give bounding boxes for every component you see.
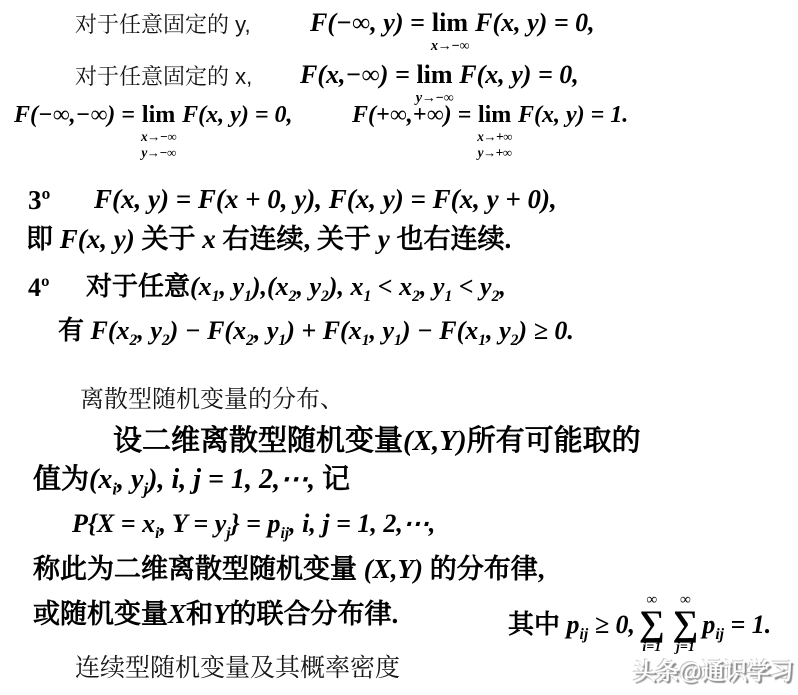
property4-marker: 4º: [28, 272, 50, 303]
intro-text: 设二维离散型随机变量(X,Y)所有可能取的: [113, 425, 641, 457]
formula-right: F(x, y) = 0,: [475, 8, 595, 37]
formula-text: F(x, y) = F(x + 0, y), F(x, y) = F(x, y …: [94, 184, 557, 214]
limit-operator: limx→+∞y→+∞: [477, 103, 512, 159]
math-notes-page: 对于任意固定的 y, F(−∞, y) =limx→−∞F(x, y) = 0,…: [0, 0, 798, 695]
lim-subscript-x: x→+∞: [477, 130, 512, 143]
intro-text: 值为(xi, yj), i, j = 1, 2,⋯, 记: [33, 464, 350, 495]
continuous-heading: 连续型随机变量及其概率密度: [75, 653, 400, 683]
note-text: 即 F(x, y) 关于 x 右连续, 关于 y 也右连续.: [26, 224, 511, 254]
limit-operator: limx→−∞y→−∞: [141, 103, 176, 159]
distribution-name-line1: 称此为二维离散型随机变量 (X,Y) 的分布律,: [33, 553, 544, 585]
watermark-text: 头条@通识学习: [633, 658, 793, 684]
heading-text: 离散型随机变量的分布、: [80, 386, 344, 413]
property4-inequality: 有 F(x2, y2) − F(x2, y1) + F(x1, y1) − F(…: [58, 315, 574, 346]
sum-over-i: ∞∑i=1: [639, 593, 665, 655]
formula-right: F(x, y) = 0,: [182, 102, 292, 128]
formula-left: F(x,−∞) =: [300, 60, 410, 89]
property3-note: 即 F(x, y) 关于 x 右连续, 关于 y 也右连续.: [26, 223, 511, 255]
property4-intro: 对于任意(x1, y1),(x2, y2), x1 < x2, y1 < y2,: [86, 271, 506, 302]
sum-tail-text: pij = 1.: [702, 610, 771, 639]
sum-lower-bound: i=1: [642, 641, 661, 655]
name-text: 或随机变量X和Y的联合分布律.: [33, 599, 398, 629]
formula-left: F(−∞, y) =: [310, 8, 425, 37]
lim-word: lim: [416, 62, 452, 88]
formula-left: F(+∞,+∞) =: [352, 102, 471, 128]
condition-text: 其中 pij ≥ 0,: [508, 610, 635, 639]
lim-subscript-x: x→−∞: [141, 130, 176, 143]
name-text: 称此为二维离散型随机变量 (X,Y) 的分布律,: [33, 554, 544, 584]
intro-text: 对于任意(x1, y1),(x2, y2), x1 < x2, y1 < y2,: [86, 272, 506, 301]
marker-text: 3º: [28, 185, 50, 215]
fixed-y-label-text: 对于任意固定的 y,: [75, 12, 251, 37]
property3-marker: 3º: [28, 184, 50, 216]
pmf-formula: P{X = xi, Y = yj} = pij, i, j = 1, 2,⋯,: [72, 508, 435, 539]
formula-right: F(x, y) = 0,: [459, 60, 579, 89]
discrete-intro-line1: 设二维离散型随机变量(X,Y)所有可能取的: [113, 424, 641, 459]
marker-text: 4º: [28, 273, 50, 302]
discrete-intro-line2: 值为(xi, yj), i, j = 1, 2,⋯, 记: [33, 463, 350, 497]
sum-over-j: ∞∑j=1: [673, 593, 699, 655]
lim-subscript-y: y→−∞: [141, 146, 175, 159]
lim-subscript-y: y→+∞: [478, 146, 512, 159]
distribution-name-line2: 或随机变量X和Y的联合分布律.: [33, 598, 398, 630]
limit-operator: limx→−∞: [431, 10, 469, 53]
formula-left: F(−∞,−∞) =: [14, 102, 135, 128]
lim-word: lim: [432, 10, 468, 36]
lim-subscript: x→−∞: [431, 39, 469, 53]
formula-limit-y-fixed: F(−∞, y) =limx→−∞F(x, y) = 0,: [310, 7, 595, 53]
heading-text: 连续型随机变量及其概率密度: [75, 654, 400, 682]
property3-formula: F(x, y) = F(x + 0, y), F(x, y) = F(x, y …: [94, 183, 557, 215]
sum-lower-bound: j=1: [676, 641, 695, 655]
toutiao-watermark: 头条@通识学习: [633, 658, 793, 686]
lim-word: lim: [478, 103, 511, 127]
pij-condition: 其中 pij ≥ 0,∞∑i=1∞∑j=1pij = 1.: [508, 596, 771, 658]
fixed-y-label: 对于任意固定的 y,: [75, 12, 251, 38]
formula-right: F(x, y) = 1.: [518, 102, 628, 128]
discrete-heading: 离散型随机变量的分布、: [80, 386, 344, 415]
formula-limit-neg-neg: F(−∞,−∞) =limx→−∞y→−∞F(x, y) = 0,: [14, 101, 293, 159]
formula-text: P{X = xi, Y = yj} = pij, i, j = 1, 2,⋯,: [72, 509, 435, 538]
inequality-text: 有 F(x2, y2) − F(x2, y1) + F(x1, y1) − F(…: [58, 316, 574, 345]
sigma-icon: ∑: [673, 608, 699, 639]
formula-limit-pos-pos: F(+∞,+∞) =limx→+∞y→+∞F(x, y) = 1.: [352, 101, 628, 159]
lim-word: lim: [142, 103, 175, 127]
formula-limit-x-fixed: F(x,−∞) =limy→−∞F(x, y) = 0,: [300, 59, 579, 105]
fixed-x-label: 对于任意固定的 x,: [75, 64, 252, 90]
sigma-icon: ∑: [639, 608, 665, 639]
limit-operator: limy→−∞: [416, 62, 454, 105]
fixed-x-label-text: 对于任意固定的 x,: [75, 64, 252, 89]
